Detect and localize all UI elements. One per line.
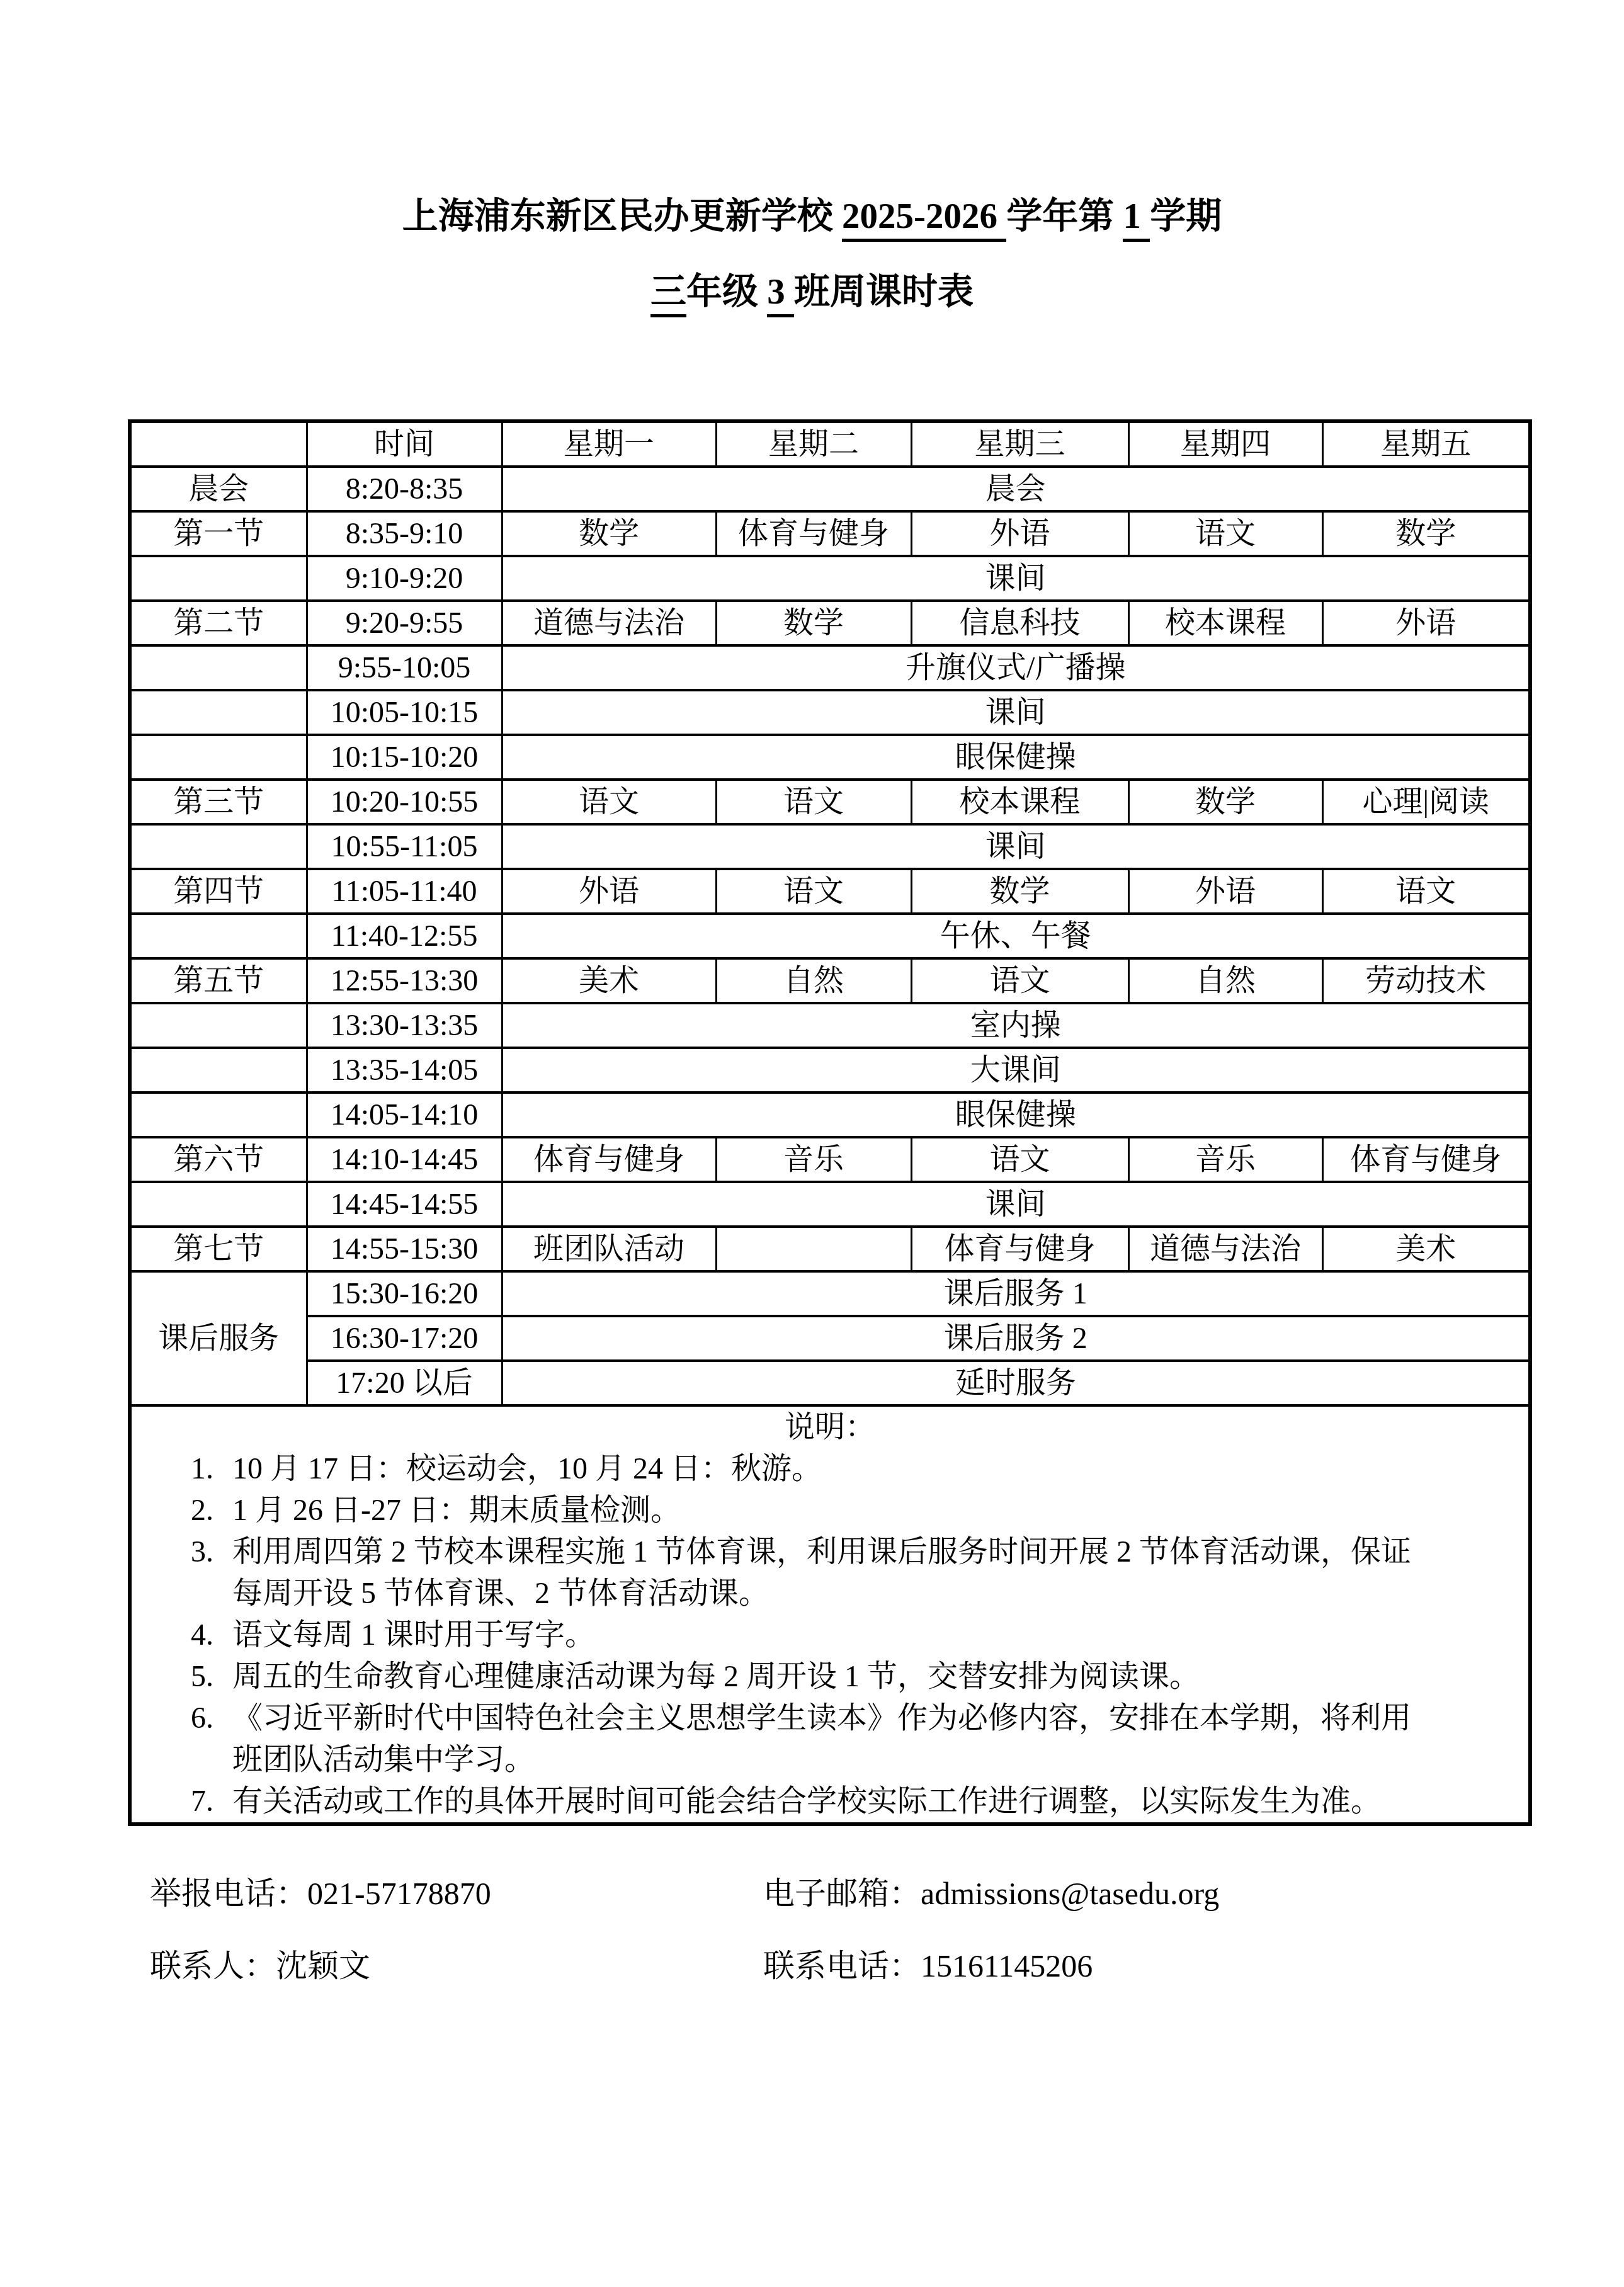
time-cell: 8:20-8:35 — [307, 467, 502, 511]
subject-cell: 语文 — [1322, 869, 1530, 914]
contact-person-label: 联系人： — [150, 1948, 276, 1983]
subject-cell: 外语 — [1322, 601, 1530, 645]
time-cell: 17:20 以后 — [307, 1361, 502, 1405]
day-column-header: 星期四 — [1128, 421, 1322, 467]
subject-cell: 劳动技术 — [1322, 958, 1530, 1003]
title-line-2: 三年级 3 班周课时表 — [0, 270, 1624, 315]
subject-cell: 信息科技 — [911, 601, 1128, 645]
timetable-row: 晨会8:20-8:35晨会 — [130, 467, 1530, 511]
underlined-title-text: 3 — [767, 272, 794, 317]
contact-phone-value: 15161145206 — [921, 1948, 1093, 1983]
timetable-row: 16:30-17:20课后服务 2 — [130, 1316, 1530, 1361]
subject-cell: 校本课程 — [1128, 601, 1322, 645]
subject-cell: 美术 — [1322, 1227, 1530, 1271]
time-cell: 13:35-14:05 — [307, 1048, 502, 1092]
subject-cell: 校本课程 — [911, 780, 1128, 824]
report-phone-value: 021-57178870 — [307, 1876, 491, 1911]
subject-cell: 班团队活动 — [502, 1227, 716, 1271]
time-cell: 9:20-9:55 — [307, 601, 502, 645]
time-cell: 14:45-14:55 — [307, 1182, 502, 1227]
timetable-row: 10:55-11:05课间 — [130, 824, 1530, 869]
subject-cell: 自然 — [716, 958, 911, 1003]
period-label-cell: 第七节 — [130, 1227, 307, 1271]
email-line: 电子邮箱：admissions@tasedu.org — [763, 1858, 1219, 1930]
contact-phone-line: 联系电话：15161145206 — [763, 1930, 1219, 2002]
subject-cell: 语文 — [716, 780, 911, 824]
timetable-row: 第七节14:55-15:30班团队活动体育与健身道德与法治美术 — [130, 1227, 1530, 1271]
timetable-row: 第一节8:35-9:10数学体育与健身外语语文数学 — [130, 511, 1530, 556]
time-cell: 11:05-11:40 — [307, 869, 502, 914]
notes-label: 说明： — [133, 1407, 1527, 1448]
subject-cell: 体育与健身 — [1322, 1137, 1530, 1182]
time-cell: 11:40-12:55 — [307, 914, 502, 958]
notes-section: 说明： 10 月 17 日：校运动会，10 月 24 日：秋游。1 月 26 日… — [130, 1405, 1530, 1824]
email-label: 电子邮箱： — [763, 1876, 921, 1911]
subject-cell: 外语 — [911, 511, 1128, 556]
timetable-row: 第三节10:20-10:55语文语文校本课程数学心理|阅读 — [130, 780, 1530, 824]
title-text: 学年第 — [1006, 196, 1123, 236]
subject-cell: 体育与健身 — [716, 511, 911, 556]
subject-cell: 语文 — [911, 958, 1128, 1003]
day-column-header: 星期三 — [911, 421, 1128, 467]
merged-activity-cell: 延时服务 — [502, 1361, 1530, 1405]
corner-cell — [130, 421, 307, 467]
note-item: 《习近平新时代中国特色社会主义思想学生读本》作为必修内容，安排在本学期，将利用班… — [133, 1698, 1527, 1781]
timetable-row: 17:20 以后延时服务 — [130, 1361, 1530, 1405]
period-label-cell: 第三节 — [130, 780, 307, 824]
timetable-row: 10:05-10:15课间 — [130, 690, 1530, 735]
footer-right-column: 电子邮箱：admissions@tasedu.org 联系电话：15161145… — [763, 1858, 1219, 2002]
document-page: { "title": { "line1": [ {"text": "上海浦东新区… — [0, 0, 1624, 2287]
time-column-header: 时间 — [307, 421, 502, 467]
time-cell: 14:05-14:10 — [307, 1092, 502, 1137]
timetable-row: 第五节12:55-13:30美术自然语文自然劳动技术 — [130, 958, 1530, 1003]
period-label-cell: 第一节 — [130, 511, 307, 556]
report-phone-label: 举报电话： — [150, 1876, 307, 1911]
merged-activity-cell: 课间 — [502, 690, 1530, 735]
contact-person-value: 沈颖文 — [276, 1948, 370, 1983]
subject-cell: 数学 — [502, 511, 716, 556]
period-label-cell: 晨会 — [130, 467, 307, 511]
subject-cell: 外语 — [502, 869, 716, 914]
period-label-cell — [130, 645, 307, 690]
time-cell: 10:20-10:55 — [307, 780, 502, 824]
underlined-title-text: 2025-2026 — [842, 196, 1006, 242]
period-label-cell — [130, 914, 307, 958]
subject-cell: 语文 — [911, 1137, 1128, 1182]
timetable-row: 第二节9:20-9:55道德与法治数学信息科技校本课程外语 — [130, 601, 1530, 645]
period-label-cell — [130, 690, 307, 735]
underlined-title-text: 三 — [650, 272, 686, 317]
day-column-header: 星期五 — [1322, 421, 1530, 467]
time-cell: 13:30-13:35 — [307, 1003, 502, 1048]
subject-cell — [716, 1227, 911, 1271]
subject-cell: 数学 — [1322, 511, 1530, 556]
email-value: admissions@tasedu.org — [921, 1876, 1219, 1911]
period-label-cell — [130, 556, 307, 601]
merged-activity-cell: 课后服务 1 — [502, 1271, 1530, 1316]
notes-list: 10 月 17 日：校运动会，10 月 24 日：秋游。1 月 26 日-27 … — [133, 1448, 1527, 1822]
period-label-cell — [130, 1182, 307, 1227]
merged-activity-cell: 午休、午餐 — [502, 914, 1530, 958]
merged-activity-cell: 眼保健操 — [502, 735, 1530, 780]
report-phone-line: 举报电话：021-57178870 — [150, 1858, 491, 1930]
subject-cell: 体育与健身 — [911, 1227, 1128, 1271]
underlined-title-text: 1 — [1123, 196, 1150, 242]
contact-phone-label: 联系电话： — [763, 1948, 921, 1983]
timetable-row: 第四节11:05-11:40外语语文数学外语语文 — [130, 869, 1530, 914]
period-label-cell: 第四节 — [130, 869, 307, 914]
note-item: 语文每周 1 课时用于写字。 — [133, 1615, 1527, 1656]
note-item: 利用周四第 2 节校本课程实施 1 节体育课，利用课后服务时间开展 2 节体育活… — [133, 1531, 1527, 1615]
subject-cell: 语文 — [716, 869, 911, 914]
subject-cell: 数学 — [716, 601, 911, 645]
title-text: 年级 — [686, 272, 767, 312]
time-cell: 16:30-17:20 — [307, 1316, 502, 1361]
timetable-row: 9:55-10:05升旗仪式/广播操 — [130, 645, 1530, 690]
merged-activity-cell: 课间 — [502, 1182, 1530, 1227]
subject-cell: 数学 — [1128, 780, 1322, 824]
subject-cell: 音乐 — [1128, 1137, 1322, 1182]
timetable-row: 第六节14:10-14:45体育与健身音乐语文音乐体育与健身 — [130, 1137, 1530, 1182]
subject-cell: 数学 — [911, 869, 1128, 914]
time-cell: 10:55-11:05 — [307, 824, 502, 869]
title-text: 班周课时表 — [794, 272, 974, 312]
merged-activity-cell: 升旗仪式/广播操 — [502, 645, 1530, 690]
note-item: 有关活动或工作的具体开展时间可能会结合学校实际工作进行调整，以实际发生为准。 — [133, 1781, 1527, 1822]
period-label-cell — [130, 824, 307, 869]
subject-cell: 体育与健身 — [502, 1137, 716, 1182]
document-title: 上海浦东新区民办更新学校 2025-2026 学年第 1 学期 三年级 3 班周… — [0, 194, 1624, 315]
time-cell: 10:05-10:15 — [307, 690, 502, 735]
timetable-row: 11:40-12:55午休、午餐 — [130, 914, 1530, 958]
period-label-cell — [130, 1092, 307, 1137]
title-line-1: 上海浦东新区民办更新学校 2025-2026 学年第 1 学期 — [0, 194, 1624, 239]
merged-activity-cell: 课间 — [502, 556, 1530, 601]
period-label-cell — [130, 1003, 307, 1048]
after-school-label-cell: 课后服务 — [130, 1271, 307, 1405]
merged-activity-cell: 课后服务 2 — [502, 1316, 1530, 1361]
subject-cell: 语文 — [1128, 511, 1322, 556]
subject-cell: 道德与法治 — [1128, 1227, 1322, 1271]
timetable-row: 14:45-14:55课间 — [130, 1182, 1530, 1227]
weekly-timetable: 时间星期一星期二星期三星期四星期五晨会8:20-8:35晨会第一节8:35-9:… — [128, 419, 1532, 1826]
merged-activity-cell: 室内操 — [502, 1003, 1530, 1048]
period-label-cell: 第六节 — [130, 1137, 307, 1182]
subject-cell: 音乐 — [716, 1137, 911, 1182]
period-label-cell — [130, 735, 307, 780]
merged-activity-cell: 眼保健操 — [502, 1092, 1530, 1137]
day-column-header: 星期二 — [716, 421, 911, 467]
note-item: 10 月 17 日：校运动会，10 月 24 日：秋游。 — [133, 1448, 1527, 1490]
timetable-row: 10:15-10:20眼保健操 — [130, 735, 1530, 780]
note-item: 周五的生命教育心理健康活动课为每 2 周开设 1 节，交替安排为阅读课。 — [133, 1656, 1527, 1698]
timetable-row: 13:35-14:05大课间 — [130, 1048, 1530, 1092]
time-cell: 10:15-10:20 — [307, 735, 502, 780]
note-item: 1 月 26 日-27 日：期末质量检测。 — [133, 1490, 1527, 1531]
subject-cell: 心理|阅读 — [1322, 780, 1530, 824]
time-cell: 9:10-9:20 — [307, 556, 502, 601]
time-cell: 8:35-9:10 — [307, 511, 502, 556]
period-label-cell: 第二节 — [130, 601, 307, 645]
subject-cell: 自然 — [1128, 958, 1322, 1003]
subject-cell: 语文 — [502, 780, 716, 824]
period-label-cell — [130, 1048, 307, 1092]
header-row: 时间星期一星期二星期三星期四星期五 — [130, 421, 1530, 467]
day-column-header: 星期一 — [502, 421, 716, 467]
timetable-row: 9:10-9:20课间 — [130, 556, 1530, 601]
time-cell: 9:55-10:05 — [307, 645, 502, 690]
footer-left-column: 举报电话：021-57178870 联系人：沈颖文 — [150, 1858, 491, 2002]
merged-activity-cell: 晨会 — [502, 467, 1530, 511]
timetable-row: 13:30-13:35室内操 — [130, 1003, 1530, 1048]
period-label-cell: 第五节 — [130, 958, 307, 1003]
timetable-row: 课后服务15:30-16:20课后服务 1 — [130, 1271, 1530, 1316]
subject-cell: 美术 — [502, 958, 716, 1003]
merged-activity-cell: 大课间 — [502, 1048, 1530, 1092]
notes-row: 说明： 10 月 17 日：校运动会，10 月 24 日：秋游。1 月 26 日… — [130, 1405, 1530, 1824]
subject-cell: 外语 — [1128, 869, 1322, 914]
merged-activity-cell: 课间 — [502, 824, 1530, 869]
timetable-row: 14:05-14:10眼保健操 — [130, 1092, 1530, 1137]
title-text: 上海浦东新区民办更新学校 — [402, 196, 842, 236]
title-text: 学期 — [1150, 196, 1222, 236]
time-cell: 12:55-13:30 — [307, 958, 502, 1003]
time-cell: 14:10-14:45 — [307, 1137, 502, 1182]
time-cell: 14:55-15:30 — [307, 1227, 502, 1271]
notes-cell: 说明： 10 月 17 日：校运动会，10 月 24 日：秋游。1 月 26 日… — [130, 1405, 1530, 1824]
contact-person-line: 联系人：沈颖文 — [150, 1930, 491, 2002]
time-cell: 15:30-16:20 — [307, 1271, 502, 1316]
subject-cell: 道德与法治 — [502, 601, 716, 645]
